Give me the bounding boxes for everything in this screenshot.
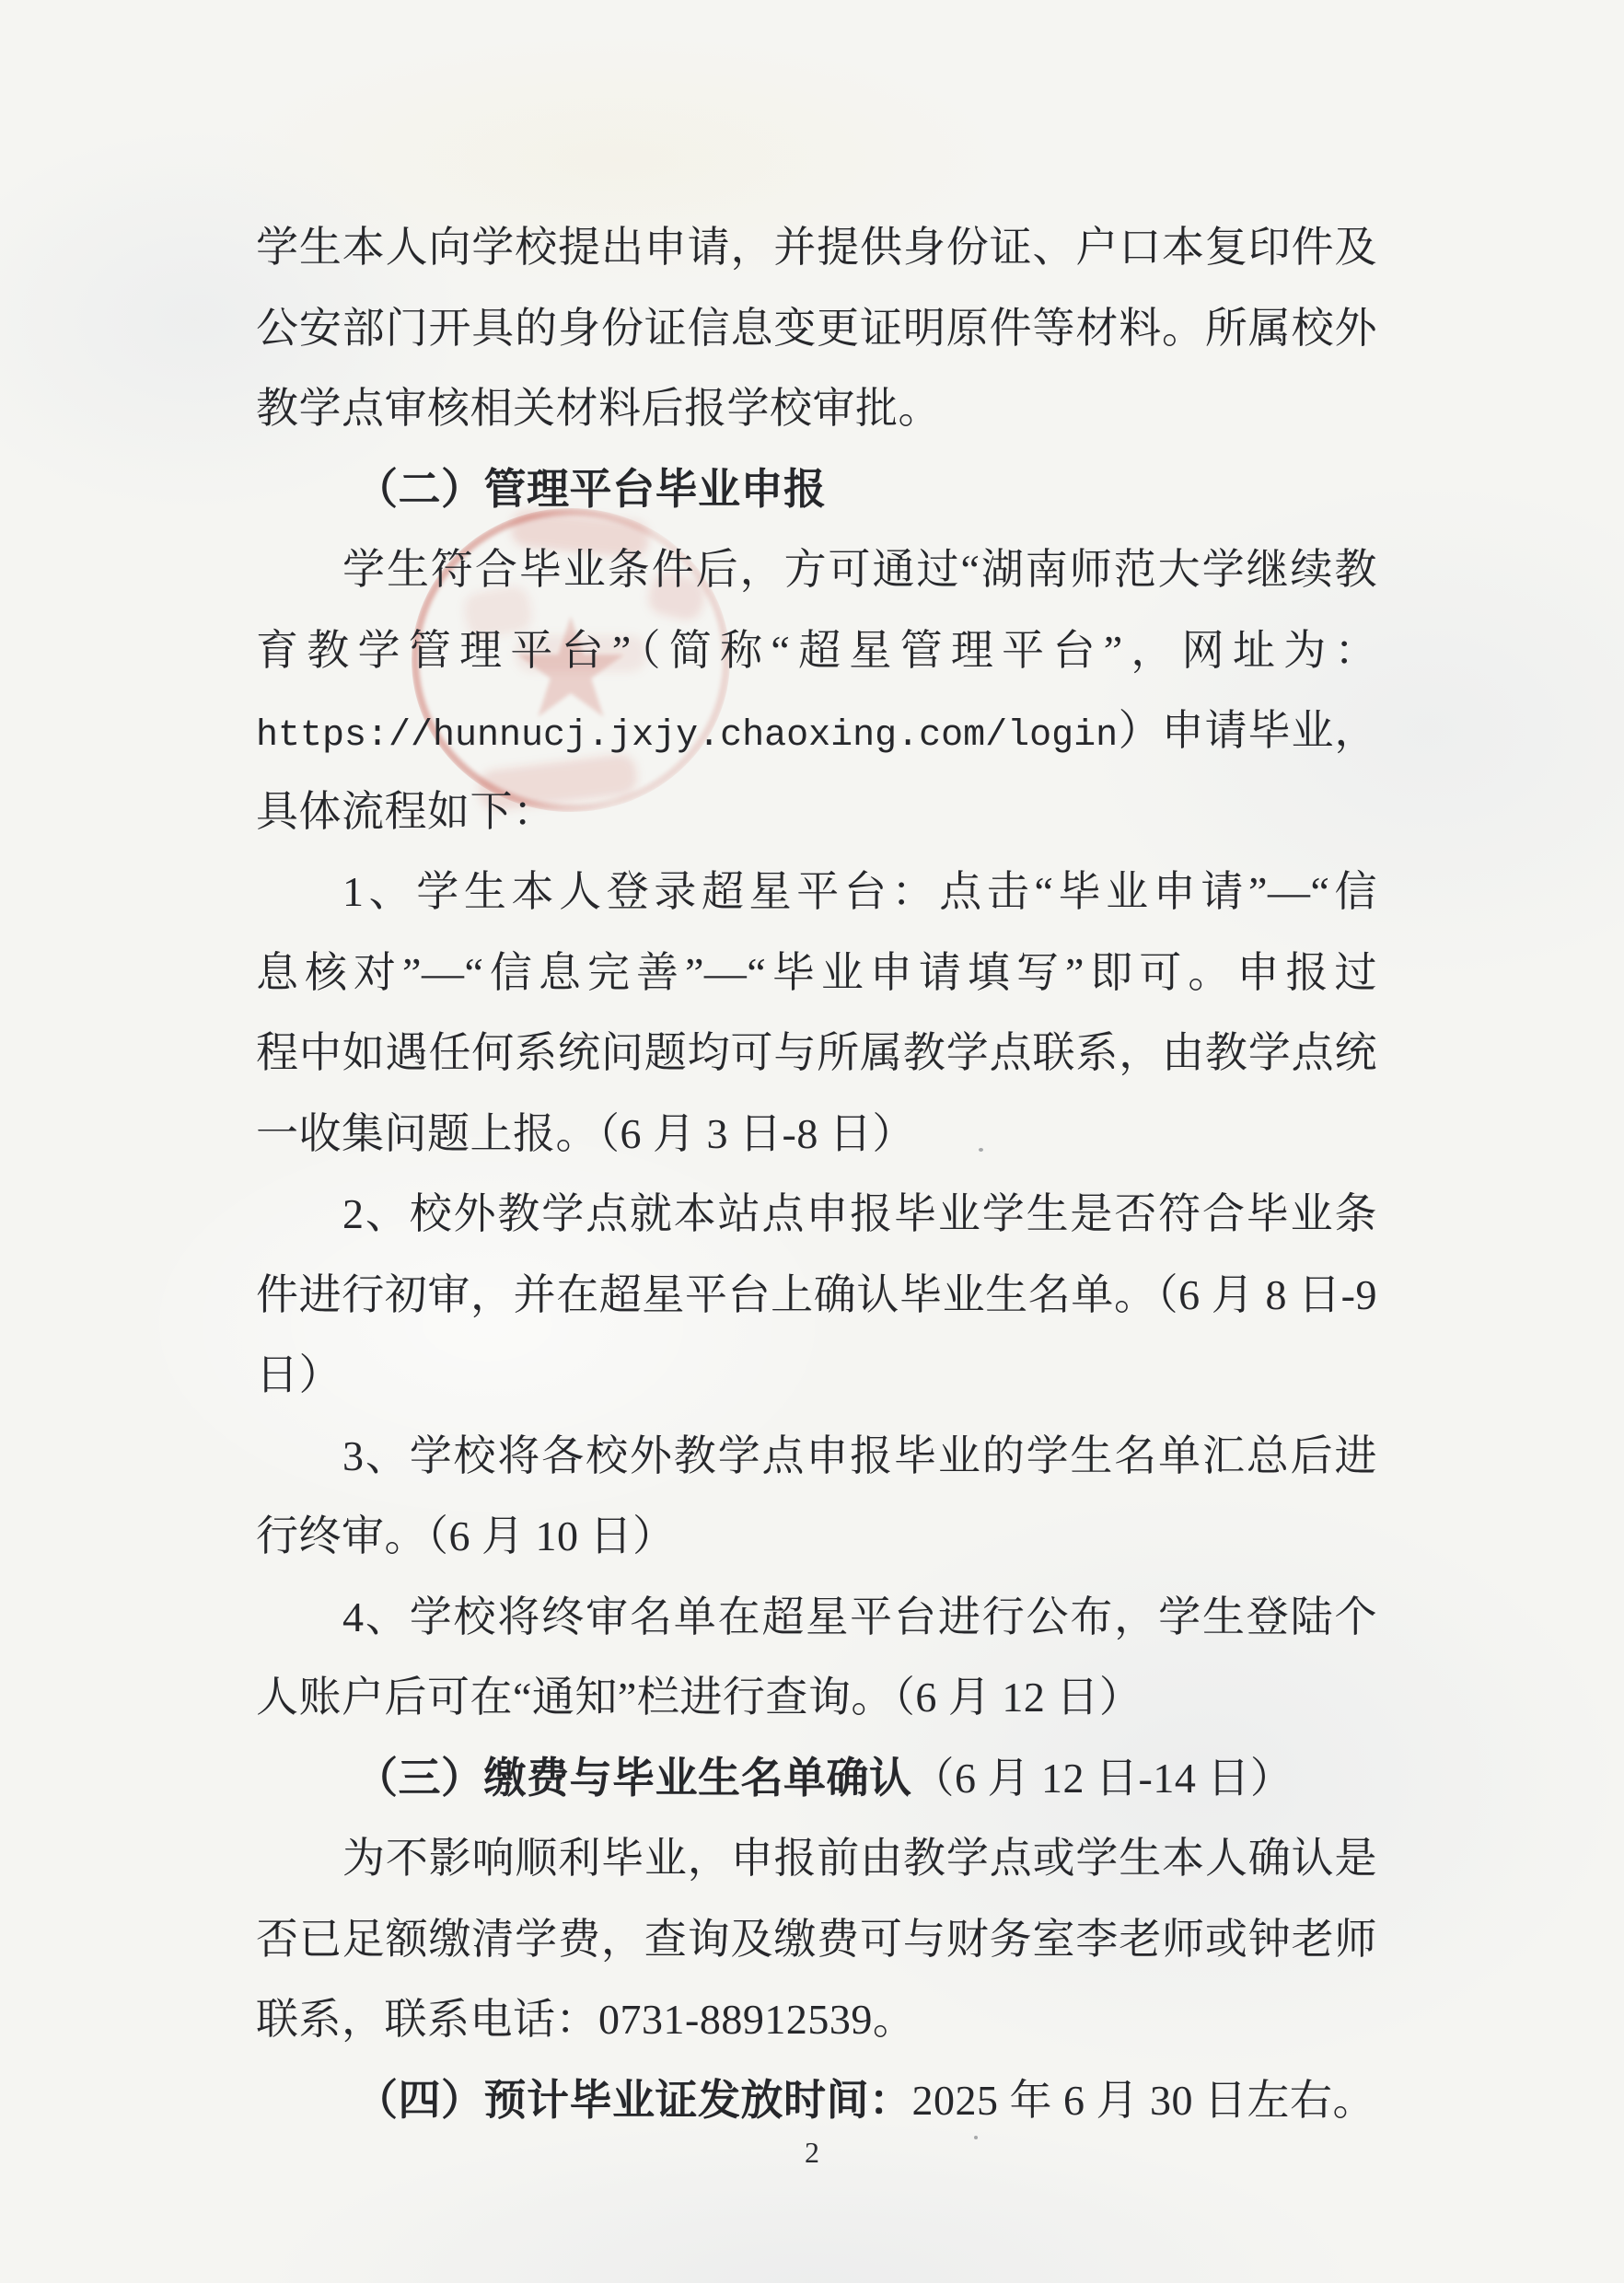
doc-line-9: 1、学生本人登录超星平台：点击“毕业申请”—“信 bbox=[256, 852, 1377, 933]
doc-line-7-rest: ）申请毕业， bbox=[1118, 707, 1377, 754]
platform-url-text: https://hunnucj.jxjy.chaoxing.com/login bbox=[256, 715, 1118, 757]
doc-line-23: 联系，联系电话：0731-88912539。 bbox=[256, 1979, 1377, 2060]
document-text: 学生本人向学校提出申请，并提供身份证、户口本复印件及 公安部门开具的身份证信息变… bbox=[256, 207, 1377, 2140]
doc-line-16: 3、学校将各校外教学点申报毕业的学生名单汇总后进 bbox=[256, 1416, 1377, 1497]
doc-line-15: 日） bbox=[256, 1335, 1377, 1416]
heading-4-date: 2025 年 6 月 30 日左右。 bbox=[912, 2077, 1376, 2124]
doc-line-13: 2、校外教学点就本站点申报毕业学生是否符合毕业条 bbox=[256, 1174, 1377, 1255]
doc-line-12: 一收集问题上报。（6 月 3 日-8 日） bbox=[256, 1094, 1377, 1175]
scan-speck bbox=[974, 2136, 978, 2139]
doc-line-1: 学生本人向学校提出申请，并提供身份证、户口本复印件及 bbox=[256, 207, 1377, 288]
doc-line-14: 件进行初审，并在超星平台上确认毕业生名单。（6 月 8 日-9 bbox=[256, 1255, 1377, 1336]
heading-3-dates: （6 月 12 日-14 日） bbox=[912, 1755, 1293, 1802]
document-page: ★ 学生本人向学校提出申请，并提供身份证、户口本复印件及 公安部门开具的身份证信… bbox=[0, 0, 1624, 2283]
doc-line-21: 为不影响顺利毕业，申报前由教学点或学生本人确认是 bbox=[256, 1818, 1377, 1899]
doc-line-3: 教学点审核相关材料后报学校审批。 bbox=[256, 368, 1377, 449]
doc-line-17: 行终审。（6 月 10 日） bbox=[256, 1496, 1377, 1577]
doc-line-18: 4、学校将终审名单在超星平台进行公布，学生登陆个 bbox=[256, 1577, 1377, 1658]
doc-line-8: 具体流程如下： bbox=[256, 771, 1377, 852]
scan-speck bbox=[979, 1148, 983, 1152]
doc-line-5: 学生符合毕业条件后，方可通过“湖南师范大学继续教 bbox=[256, 529, 1377, 610]
heading-4-title: （四）预计毕业证发放时间： bbox=[355, 2077, 912, 2124]
doc-heading-4: （四）预计毕业证发放时间：2025 年 6 月 30 日左右。 bbox=[256, 2060, 1377, 2141]
doc-line-11: 程中如遇任何系统问题均可与所属教学点联系，由教学点统 bbox=[256, 1013, 1377, 1094]
doc-line-10: 息核对”—“信息完善”—“毕业申请填写”即可。申报过 bbox=[256, 933, 1377, 1014]
doc-line-6: 育教学管理平台”（简称“超星管理平台”，网址为： bbox=[256, 610, 1377, 691]
page-number: 2 bbox=[0, 2136, 1624, 2169]
doc-heading-3: （三）缴费与毕业生名单确认（6 月 12 日-14 日） bbox=[256, 1738, 1377, 1819]
doc-line-7: https://hunnucj.jxjy.chaoxing.com/login）… bbox=[256, 690, 1377, 771]
heading-3-title: （三）缴费与毕业生名单确认 bbox=[355, 1755, 912, 1802]
doc-line-22: 否已足额缴清学费，查询及缴费可与财务室李老师或钟老师 bbox=[256, 1899, 1377, 1980]
doc-line-2: 公安部门开具的身份证信息变更证明原件等材料。所属校外 bbox=[256, 288, 1377, 369]
doc-line-19: 人账户后可在“通知”栏进行查询。（6 月 12 日） bbox=[256, 1657, 1377, 1738]
doc-heading-2: （二）管理平台毕业申报 bbox=[256, 449, 1377, 530]
